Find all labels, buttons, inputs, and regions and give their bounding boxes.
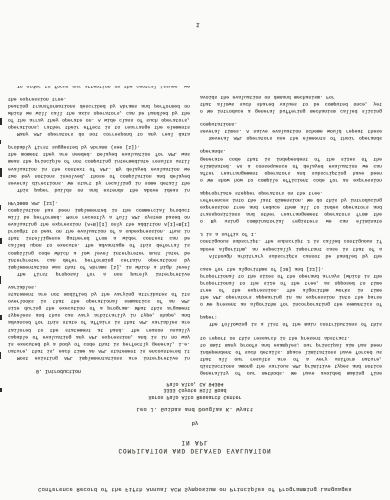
- affiliation-line-3: Palo Alto, CA 94304: [0, 380, 390, 387]
- scan-artifact: [0, 276, 1, 284]
- scan-artifact: [0, 238, 2, 244]
- affiliation-line-1: Xerox Palo Alto Research Center: [0, 393, 390, 400]
- bullet-item: o By using combinatorial registers we ca…: [200, 189, 382, 224]
- authors: Leo J. Guibas and Douglas K. Wyatt: [0, 406, 390, 412]
- conference-header: Conference Record of the Fifth Annual AC…: [0, 486, 390, 492]
- paragraph: The following is a list of the main cont…: [200, 313, 382, 327]
- bullet-item: o We show how to compile efficient code …: [200, 147, 382, 182]
- paragraph: Most existing APL implementations are in…: [8, 283, 190, 361]
- right-column: generality of our methods. We have avoid…: [200, 86, 382, 376]
- paper-title-line-1: COMPILATION AND DELAYED EVALUATION: [0, 447, 390, 455]
- affiliation: Xerox Palo Alto Research Center 3333 Coy…: [0, 380, 390, 400]
- paragraph: The first proposal for a non purely inte…: [8, 199, 190, 277]
- bullet-item: o We present an algorithm for incorporat…: [200, 265, 382, 308]
- scan-artifact: [0, 315, 2, 320]
- left-column: 0. Introduction Most existing APL implem…: [8, 86, 190, 376]
- paragraph: Many APL operators do not correspond to …: [8, 95, 190, 138]
- paper-title-line-2: IN APL: [0, 439, 390, 447]
- paragraph: In order to focus our attention on the c…: [8, 86, 190, 89]
- paragraph: This paper builds on and extends the abo…: [8, 143, 190, 193]
- flipped-paper-page: Conference Record of the Fifth Annual AC…: [0, 0, 390, 500]
- paragraph: Several APL operators use the elements o…: [200, 120, 382, 141]
- affiliation-line-2: 3333 Coyote Hill Road: [0, 387, 390, 394]
- scanned-page-viewport: Conference Record of the Fifth Annual AC…: [0, 0, 390, 500]
- bullet-item: o We introduce a general buffering mecha…: [200, 93, 382, 114]
- paragraph: Although arbitrary subscripts cannot be …: [200, 230, 382, 258]
- title-block: COMPILATION AND DELAYED EVALUATION IN AP…: [0, 380, 390, 454]
- scan-artifact: [0, 388, 2, 392]
- scan-artifact: [0, 168, 2, 177]
- scan-artifact: [0, 118, 2, 125]
- byline: by: [0, 420, 390, 426]
- scan-artifact: [0, 140, 1, 144]
- scan-artifact: [0, 352, 1, 359]
- body-columns: 0. Introduction Most existing APL implem…: [8, 86, 388, 376]
- paragraph-continuation: generality of our methods. We have avoid…: [200, 333, 382, 376]
- scan-artifact: [0, 205, 1, 210]
- section-heading-introduction: 0. Introduction: [36, 367, 190, 374]
